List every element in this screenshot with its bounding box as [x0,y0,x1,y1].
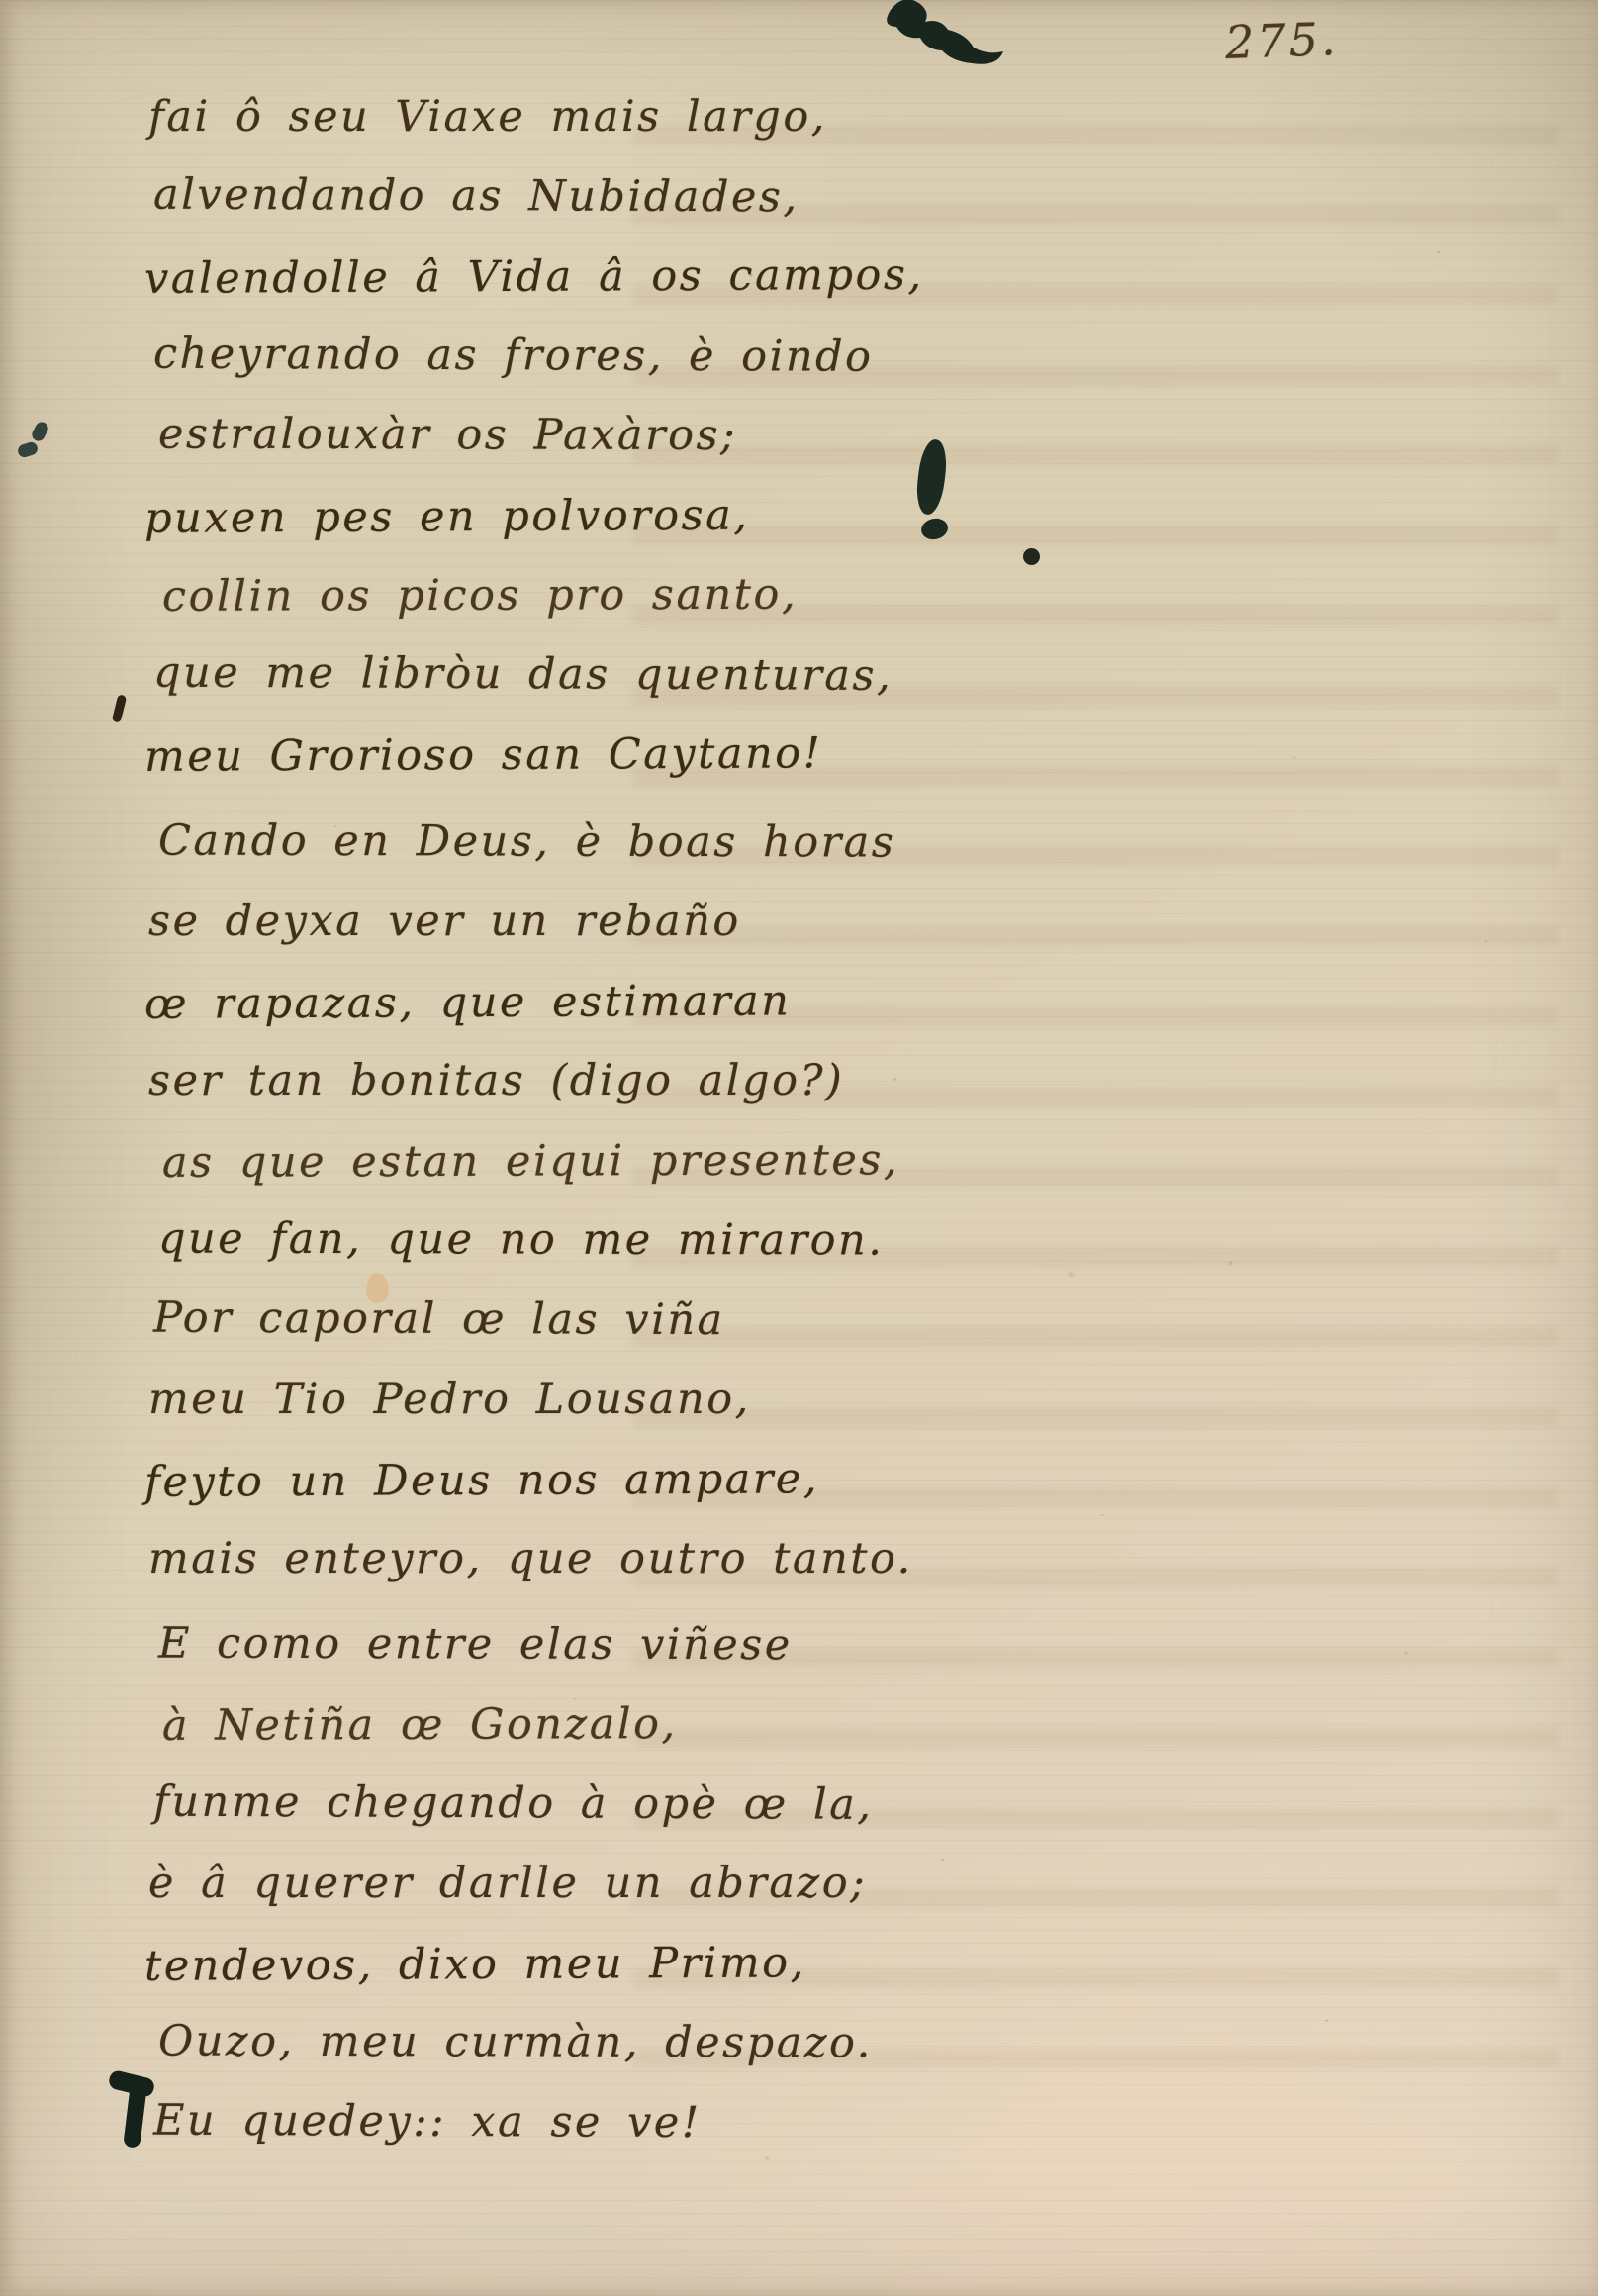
poem-line: feyto un Deus nos ampare, [144,1437,1233,1522]
bottom-ink-mark [123,2083,147,2149]
poem-line: que me libròu das quenturas, [153,632,1242,717]
poem-line: Ouzo, meu curmàn, despazo. [158,2002,1247,2084]
poem-line: cheyrando as frores, è oindo [153,314,1242,398]
poem-line: E como entre elas viñese [158,1603,1247,1685]
poem-line: se deyxa ver un rebaño [148,882,1237,962]
manuscript-page: 275. fai ô seu Viaxe mais largo,alvendan… [0,0,1598,2296]
margin-tick [30,420,50,443]
poem-line: œ rapazas, que estimaran [144,959,1233,1044]
poem-line: valendolle â Vida â os campos, [144,234,1233,319]
poem-line: meu Tio Pedro Lousano, [148,1360,1237,1440]
poem-line: meu Grorioso san Caytano! [144,712,1233,797]
poem-line: alvendando as Nubidades, [153,154,1242,239]
poem-line: mais enteyro, que outro tanto. [148,1519,1237,1599]
margin-tick [16,440,39,459]
poem-line: estralouxàr os Paxàros; [158,395,1247,477]
page-number: 275. [1224,12,1339,69]
poem-line: à Netiña œ Gonzalo, [162,1682,1251,1766]
poem-line: è â querer darlle un abrazo; [148,1844,1237,1924]
poem-line: que fan, que no me miraron. [158,1199,1247,1282]
top-ink-blot [869,0,1027,71]
poem-line: tendevos, dixo meu Primo, [144,1921,1233,2006]
poem-line: as que estan eiqui presentes, [162,1119,1251,1202]
poem-line: funme chegando à opè œ la, [153,1762,1242,1846]
poem-line: collin os picos pro santo, [162,553,1251,636]
poem-line: puxen pes en polvorosa, [144,473,1233,558]
poem-line: fai ô seu Viaxe mais largo, [148,77,1237,157]
poem-line: Por caporal œ las viña [153,1278,1242,1362]
poem-line: Eu quedey:: xa se ve! [153,2080,1242,2164]
poem-line: Cando en Deus, è boas horas [158,801,1247,883]
poem-line: ser tan bonitas (digo algo?) [148,1041,1237,1121]
margin-tick [112,694,128,722]
poem-text: fai ô seu Viaxe mais largo,alvendando as… [148,77,1237,2162]
